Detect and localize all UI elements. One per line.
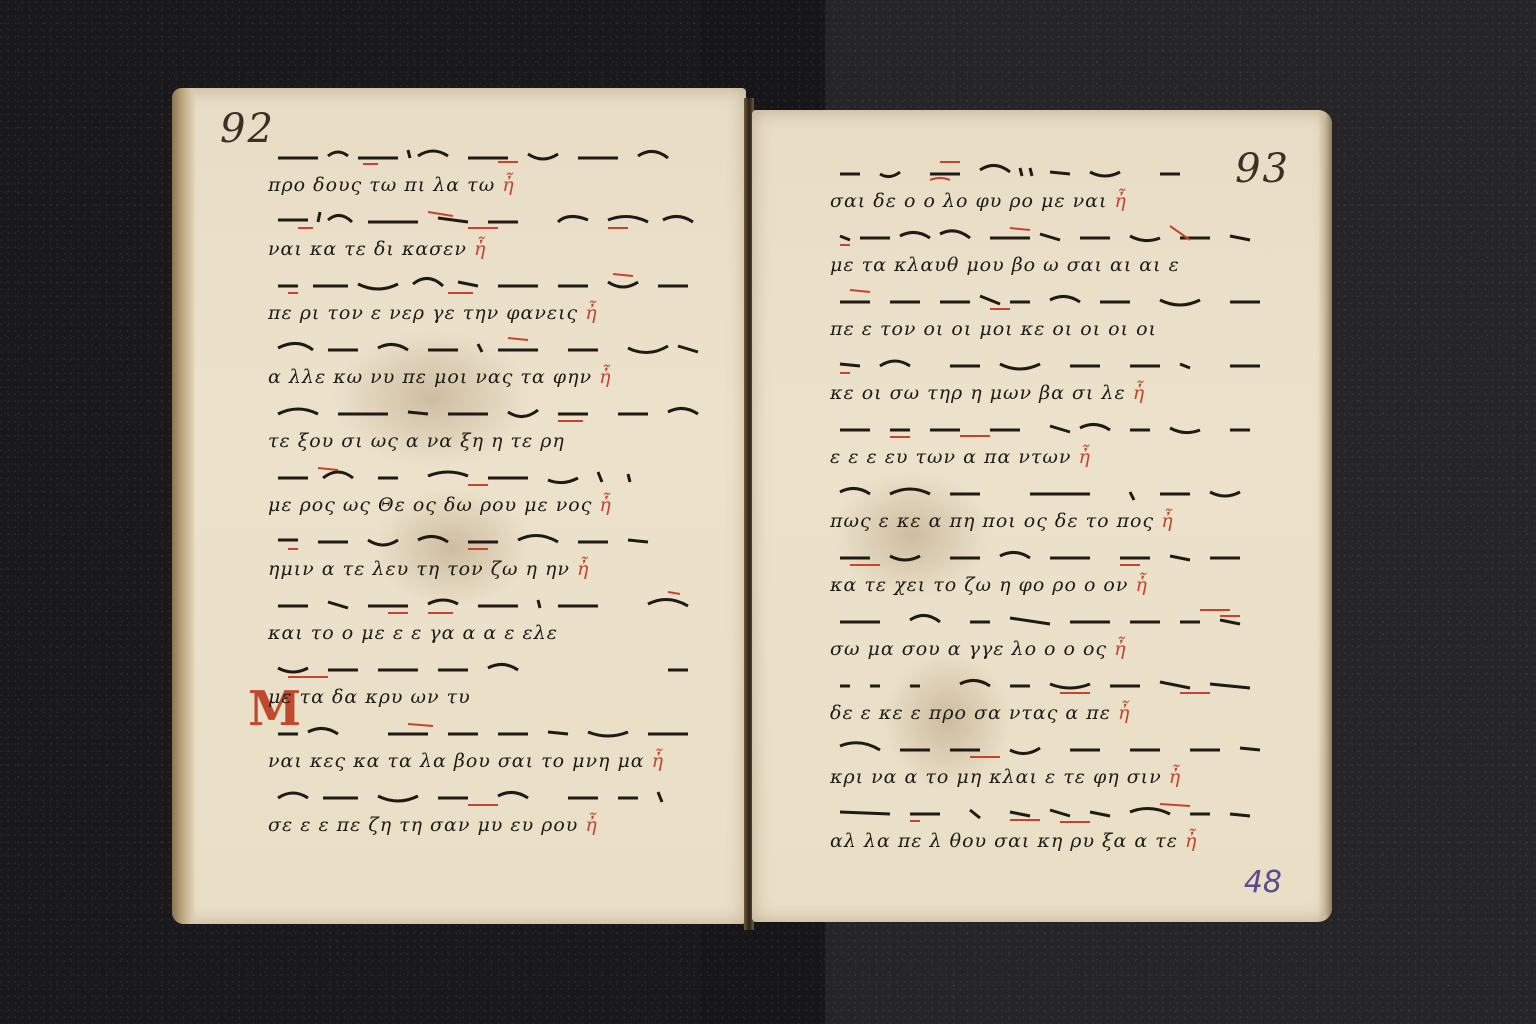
lyric-line: προ δους τω πι λα τω ἦ <box>268 168 708 202</box>
chant-text-block: σαι δε ο ο λο φυ ρο με ναι ἦ με τα κλαυθ… <box>830 154 1270 858</box>
lyric-line: πε ε τον οι οι μοι κε οι οι οι οι <box>830 312 1270 346</box>
neume-row <box>830 474 1270 504</box>
lyric-line: πως ε κε α πη ποι ος δε το πος ἦ <box>830 504 1270 538</box>
neume-row <box>268 650 708 680</box>
neume-row <box>268 330 708 360</box>
neume-row <box>268 586 708 616</box>
lyric-line: κε οι σω τηρ η μων βα σι λε ἦ <box>830 376 1270 410</box>
lyric-line: ε ε ε ευ των α πα ντων ἦ <box>830 440 1270 474</box>
right-page: 93 48 σαι δε ο ο λο φυ ρο με ναι ἦ με τα… <box>752 110 1332 922</box>
lyric-line: δε ε κε ε προ σα ντας α πε ἦ <box>830 696 1270 730</box>
neume-row <box>830 666 1270 696</box>
lyric-line: με τα κλαυθ μου βο ω σαι αι αι ε <box>830 248 1270 282</box>
catalog-number: 48 <box>1244 865 1282 900</box>
neume-row <box>830 794 1270 824</box>
neume-row <box>830 154 1270 184</box>
chant-text-block: προ δους τω πι λα τω ἦ ναι κα τε δι κασε… <box>268 138 708 842</box>
lyric-line: με ρος ως Θε ος δω ρου με νος ἦ <box>268 488 708 522</box>
neume-row <box>268 138 708 168</box>
neume-row <box>830 538 1270 568</box>
lyric-line: ναι κα τε δι κασεν ἦ <box>268 232 708 266</box>
left-page: 92 M προ δους τω πι λα τω ἦ ναι κα τε δι… <box>172 88 746 924</box>
neume-row <box>830 602 1270 632</box>
neume-row <box>830 282 1270 312</box>
lyric-line: κα τε χει το ζω η φο ρο ο ον ἦ <box>830 568 1270 602</box>
neume-row <box>268 394 708 424</box>
neume-row <box>268 458 708 488</box>
lyric-line: κρι να α το μη κλαι ε τε φη σιν ἦ <box>830 760 1270 794</box>
neume-row <box>268 714 708 744</box>
rubric-initial: M <box>248 688 264 730</box>
folio-number: 92 <box>220 106 275 152</box>
lyric-line: σω μα σου α γγε λο ο ο ος ἦ <box>830 632 1270 666</box>
neume-row <box>830 218 1270 248</box>
lyric-line: και το ο με ε ε γα α α ε ελε <box>268 616 708 650</box>
open-codex: 92 M προ δους τω πι λα τω ἦ ναι κα τε δι… <box>172 84 1338 930</box>
neume-row <box>830 730 1270 760</box>
lyric-line: α λλε κω νυ πε μοι νας τα φην ἦ <box>268 360 708 394</box>
lyric-line: αλ λα πε λ θου σαι κη ρυ ξα α τε ἦ <box>830 824 1270 858</box>
neume-row <box>830 410 1270 440</box>
lyric-line: σε ε ε πε ζη τη σαν μυ ευ ρου ἦ <box>268 808 708 842</box>
neume-row <box>268 266 708 296</box>
neume-notation-icon <box>268 138 708 168</box>
lyric-line: τε ξου σι ως α να ξη η τε ρη <box>268 424 708 458</box>
neume-row <box>268 202 708 232</box>
lyric-line: πε ρι τον ε νερ γε την φανεις ἦ <box>268 296 708 330</box>
neume-row <box>830 346 1270 376</box>
lyric-line: ημιν α τε λευ τη τον ζω η ην ἦ <box>268 552 708 586</box>
lyric-line: ναι κες κα τα λα βου σαι το μνη μα ἦ <box>268 744 708 778</box>
neume-row <box>268 522 708 552</box>
lyric-line: σαι δε ο ο λο φυ ρο με ναι ἦ <box>830 184 1270 218</box>
neume-row <box>268 778 708 808</box>
lyric-line: με τα δα κρυ ων τυ <box>268 680 708 714</box>
